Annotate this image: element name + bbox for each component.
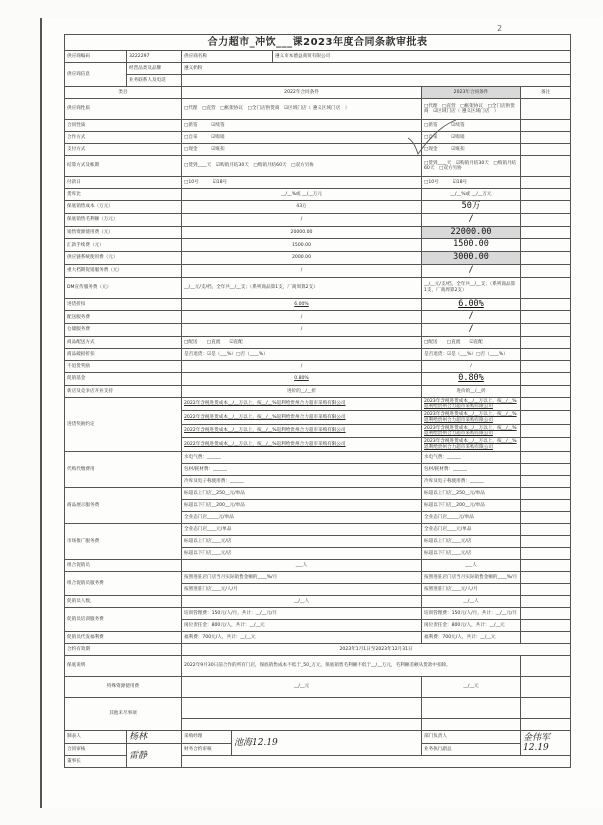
form-row: 汇款手续费（元）1500.001500.00	[65, 239, 571, 252]
welfare-2022: 福利费：700元/人，共计：__/__元	[182, 631, 422, 643]
value-2022: /	[182, 213, 422, 226]
value-2022: 是否退货：☑是（___%）□否（____%）	[182, 348, 422, 360]
form-row: 重大档期促销服务费（元）//	[65, 264, 571, 277]
remark-cell	[521, 595, 571, 607]
remark-cell	[521, 697, 571, 718]
dept-head-label: 部门负责人	[422, 730, 521, 743]
remark-cell	[521, 655, 571, 676]
remark-cell	[521, 120, 571, 132]
remark-cell	[521, 201, 571, 214]
form-row: 促销员人数，__/__人__/__人	[65, 595, 571, 607]
other-2023	[422, 697, 521, 718]
supplier-name-label: 供应商名称	[182, 51, 273, 63]
form-row: 其他未尽事项	[65, 697, 571, 718]
contract-approval-form: 合力超市_冲饮___课2023年度合同条款审批表 供应商编码 3222297 供…	[64, 34, 571, 768]
form-row: 付款日□10号 ☑18号□10号 ☑18号	[65, 177, 571, 189]
supplier-name: 遵义市本德益商贸有限公司	[273, 51, 571, 63]
value-2022: 20000.00	[182, 226, 422, 239]
rebate-2023: 2023年含税进货成本__/__万以上，按__/__%返利给贵州合力超市采购有限…	[422, 424, 521, 438]
remark-cell	[521, 226, 571, 239]
promotion-fee-2022: 全业态门店____元/单品	[182, 523, 422, 535]
remark-cell	[521, 348, 571, 360]
value-2023: /	[422, 324, 521, 337]
form-row: 商品破损折扣是否退货：☑是（___%）□否（____%）是否退货：☑是（___%…	[65, 348, 571, 360]
combo-fee-2023: 按照进驻店门店当月实际销售金额的____%/月	[422, 571, 521, 583]
value-2023: 进价的__/__折	[422, 385, 521, 397]
row-label: 付款日	[65, 177, 182, 189]
remark-cell	[521, 607, 571, 619]
row-label: 保底销售毛利额（万元）	[65, 213, 182, 226]
remark-cell	[521, 372, 571, 385]
rebate-label: 进货奖励约定	[65, 397, 182, 451]
rebate-2022: 2022年含税进货成本__/__万以上，按__/__%返利给贵州合力超市采购有限…	[182, 397, 422, 411]
form-row: 不退货奖励//	[65, 360, 571, 372]
combo-staff-2023: ___人	[422, 559, 521, 571]
row-label: 合作方式	[65, 132, 182, 144]
page-mark: 2	[497, 24, 502, 33]
form-row: DM宣传服务费（元）__/__元/支/档，全年共__/__支；（系列商品算1支，…	[65, 277, 571, 298]
value-2022: □自采 ☑购销	[182, 132, 422, 144]
form-row: 供应链系统使用费（元）2000.003000.00	[65, 252, 571, 265]
proxy-fee-2023: 包材/耗材费：______	[422, 463, 521, 475]
remark-cell	[521, 676, 571, 697]
row-label: 配送服务费	[65, 311, 182, 324]
purchase-mgr-signature: 池海12.19	[232, 730, 422, 755]
row-label: 重大档期促销服务费（元）	[65, 264, 182, 277]
remark-cell	[521, 631, 571, 643]
proxy-fee-2023: 冷库及电子称使用费：______	[422, 475, 521, 487]
row-label: 新店及竞争店开业支持	[65, 385, 182, 397]
supplier-code: 3222297	[127, 51, 182, 63]
combo-staff-2022: ___人	[182, 559, 422, 571]
value-2023: /	[422, 264, 521, 277]
value-2022: __/__元/支/档，全年共__/__支；（系列商品算1支，厂商周算2支）	[182, 277, 422, 298]
form-row: 保底销售成本（万元）43万50万	[65, 201, 571, 214]
combo-fee-2022: 按照进驻门店____元/人/月	[182, 583, 422, 595]
combo-fee-2023: 按照进驻门店____元/人/月	[422, 583, 521, 595]
remark-cell	[521, 511, 571, 523]
value-2022: __/__%或 __/__万元	[182, 189, 422, 201]
proxy-fee-2022: 包材/耗材费：______	[182, 463, 422, 475]
value-2022: □新签 ☑续签	[182, 120, 422, 132]
staff-count-2022: __/__人	[182, 595, 422, 607]
form-row: 商品展示服务费标超以上门店__250__元/单品标超以上门店__250__元/单…	[65, 487, 571, 499]
row-label: 汇款手续费（元）	[65, 239, 182, 252]
row-label: 仓储服务费	[65, 324, 182, 337]
display-fee-2023: 全业态门店_____元/单品	[422, 511, 521, 523]
form-title: 合力超市_冲饮___课2023年度合同条款审批表	[65, 35, 571, 51]
value-2022: □货到____天 ☑购销月结30天 □购销月结60天 □双方另协	[182, 156, 422, 177]
display-fee-2022: 全业态门店_____元/单品	[182, 511, 422, 523]
proxy-fee-label: 代购代缴费用	[65, 451, 182, 487]
form-row: 保底销售毛利额（万元）//	[65, 213, 571, 226]
value-2023: /	[422, 213, 521, 226]
remark-cell	[521, 583, 571, 595]
form-row: 代购代缴费用水电气费：______水电气费：______	[65, 451, 571, 463]
form-row: 合约有效期2023年1月1日至2023年12月31日	[65, 643, 571, 655]
row-label: 商品破损折扣	[65, 348, 182, 360]
remark-cell	[521, 360, 571, 372]
promotion-fee-2022: 标超以下门店____元/店	[182, 547, 422, 559]
value-2022: 1500.00	[182, 239, 422, 252]
display-fee-2023: 标超以下门店__200__元/单品	[422, 499, 521, 511]
value-2022: □配送 □直流 ☑直配	[182, 336, 422, 348]
remark-cell	[521, 336, 571, 348]
row-label: 商品配送方式	[65, 336, 182, 348]
header-remark: 备注	[521, 87, 571, 99]
display-fee-label: 商品展示服务费	[65, 487, 182, 523]
form-row: 组合促销员服务费按照进驻店门店当月实际销售金额的____%/月按照进驻店门店当月…	[65, 571, 571, 583]
remark-cell	[521, 298, 571, 311]
special-fee-label: 特殊资源使用费	[65, 676, 182, 697]
value-2022: □代理 □直营 □框架协议 □全门店供货商 ☑区域门店（ 遵义区域门店 ）	[182, 99, 422, 120]
value-2023: □代理 □直营 □框架协议 □全门店供货商 ☑区域门店（ 遵义区域门店 ）	[422, 99, 521, 120]
promotion-fee-2023: 全业态门店____元/单品	[422, 523, 521, 535]
value-2023: 22000.00	[422, 226, 521, 239]
form-row: 商品配送方式□配送 □直流 ☑直配□配送 □直流 ☑直配	[65, 336, 571, 348]
value-2023: /	[422, 360, 521, 372]
supplier-code-label: 供应商编码	[65, 51, 127, 63]
remark-cell	[521, 499, 571, 511]
proxy-fee-2022: 冷库及电子称使用费：______	[182, 475, 422, 487]
form-row: 保底说明2022年9月30日前合作的所有门店，保底销售成本不低于_50_万元，保…	[65, 655, 571, 676]
remark-cell	[521, 132, 571, 144]
header-item: 类目	[65, 87, 182, 99]
value-2023: 0.80%	[422, 372, 521, 385]
maker-label: 制表人	[65, 730, 127, 743]
value-2023: 1500.00	[422, 239, 521, 252]
row-label: 支付方式	[65, 144, 182, 156]
value-2023: 6.00%	[422, 298, 521, 311]
staff-count-label: 促销员人数，	[65, 595, 182, 607]
value-2022: /	[182, 360, 422, 372]
row-label: 结算方式及帐期	[65, 156, 182, 177]
row-label: 进货折扣	[65, 298, 182, 311]
row-label: 保底销售成本（万元）	[65, 201, 182, 214]
remark-cell	[521, 252, 571, 265]
contract-review-signature: 雷静	[127, 744, 182, 768]
form-row: 仓储服务费//	[65, 324, 571, 337]
welfare-2023: 福利费：700元/人，共计：__/__元	[422, 631, 521, 643]
form-row: 支付方式□现金 ☑账扣□现金 ☑账扣	[65, 144, 571, 156]
value-2023: /	[422, 311, 521, 324]
form-row: 促销员代发福利费福利费：700元/人，共计：__/__元福利费：700元/人，共…	[65, 631, 571, 643]
form-row: 配送服务费//	[65, 311, 571, 324]
value-2022: □10号 ☑18号	[182, 177, 422, 189]
value-2023: 3000.00	[422, 252, 521, 265]
remark-cell	[521, 324, 571, 337]
other-2022	[182, 697, 422, 718]
remark-cell	[521, 523, 571, 535]
welfare-label: 促销员代发福利费	[65, 631, 182, 643]
maker-signature: 杨林	[127, 730, 182, 743]
remark-cell	[521, 535, 571, 547]
promotion-fee-2023: 标超以上门店____元/店	[422, 535, 521, 547]
contract-review-label: 合同审核	[65, 744, 127, 756]
remark-cell	[521, 438, 571, 452]
training-fee-2023: 岗位责任金：800元/人，共计：__/__元	[422, 619, 521, 631]
guarantee-label: 保底说明	[65, 655, 182, 676]
combo-fee-label: 组合促销员服务费	[65, 571, 182, 595]
value-2022: /	[182, 264, 422, 277]
form-row: 进货奖励约定2022年含税进货成本__/__万以上，按__/__%返利给贵州合力…	[65, 397, 571, 411]
brand-label: 经营品类及品牌	[127, 63, 182, 75]
value-2022: 进价的__/__折	[182, 385, 422, 397]
remark-cell	[521, 277, 571, 298]
remark-cell	[521, 571, 571, 583]
row-label: DM宣传服务费（元）	[65, 277, 182, 298]
other-2022-b	[182, 718, 422, 730]
display-fee-2022: 标超以下门店__200__元/单品	[182, 499, 422, 511]
value-2022: 0.80%	[182, 372, 422, 385]
dept-head-signature: 金伟军 12.19	[521, 730, 571, 755]
brand-value: 遵义奶粉	[182, 63, 571, 75]
form-row: 市场推广服务费全业态门店____元/单品全业态门店____元/单品	[65, 523, 571, 535]
special-fee-2022: __/__元	[182, 676, 422, 697]
row-label: 促销基金	[65, 372, 182, 385]
rebate-2023: 2023年含税进货成本__/__万以上，按__/__%返利给贵州合力超市采购有限…	[422, 411, 521, 425]
form-row: 进货折扣6.00%6.00%	[65, 298, 571, 311]
contact-value	[182, 75, 571, 87]
remark-cell	[521, 397, 571, 411]
exec-vp-label: 业务执行副总	[422, 744, 521, 756]
remark-cell	[521, 264, 571, 277]
other-matters-label: 其他未尽事项	[65, 697, 182, 730]
proxy-fee-2023: 水电气费：______	[422, 451, 521, 463]
remark-cell	[521, 189, 571, 201]
row-label: 货库比	[65, 189, 182, 201]
value-2022: 2000.00	[182, 252, 422, 265]
remark-cell	[521, 463, 571, 475]
form-row: 促销基金0.80%0.80%	[65, 372, 571, 385]
remark-cell	[521, 451, 571, 463]
value-2022: 6.00%	[182, 298, 422, 311]
combo-staff-label: 组合促销员	[65, 559, 182, 571]
rebate-2023: 2023年含税进货成本__/__万以上，按__/__%返利给贵州合力超市采购有限…	[422, 438, 521, 452]
form-row: 结算方式及帐期□货到____天 ☑购销月结30天 □购销月结60天 □双方另协□…	[65, 156, 571, 177]
value-2023: __/__元/支/档，全年共__/__支；（系列商品算1支，厂商周算2支）	[422, 277, 521, 298]
header-2023: 2023年合同条件	[422, 87, 521, 99]
supplier-info-label: 供应商信息	[65, 63, 127, 87]
value-2023: □10号 ☑18号	[422, 177, 521, 189]
chairman-signature	[182, 756, 571, 768]
row-label: 供应链系统使用费（元）	[65, 252, 182, 265]
form-row: 组合促销员___人___人	[65, 559, 571, 571]
value-2023: □配送 □直流 ☑直配	[422, 336, 521, 348]
value-2023: □自采 ☑购销	[422, 132, 521, 144]
remark-cell	[521, 487, 571, 499]
form-row: 制表人杨林采购经理池海12.19部门负责人金伟军 12.19	[65, 730, 571, 743]
form-row: 销售资源使用费（元）20000.0022000.00	[65, 226, 571, 239]
remark-cell	[521, 213, 571, 226]
remark-cell	[521, 475, 571, 487]
value-2023: □现金 ☑账扣	[422, 144, 521, 156]
form-row: 合作方式□自采 ☑购销□自采 ☑购销	[65, 132, 571, 144]
form-row: 新店及竞争店开业支持进价的__/__折进价的__/__折	[65, 385, 571, 397]
rebate-2022: 2022年含税进货成本__/__万以上，按__/__%返利给贵州合力超市采购有限…	[182, 438, 422, 452]
remark-cell	[521, 385, 571, 397]
remark-cell	[521, 547, 571, 559]
remark-cell	[521, 239, 571, 252]
value-2023: □新签 ☑续签	[422, 120, 521, 132]
training-fee-2022: 培训管理费：150元/人/月，共计：__/__元/月	[182, 607, 422, 619]
finance-review-label: 财务合约审核	[182, 744, 232, 756]
special-fee-2023: __/__元	[422, 676, 521, 697]
purchase-mgr-label: 采购经理	[182, 730, 232, 743]
remark-cell	[521, 718, 571, 730]
combo-fee-2022: 按照进驻店门店当月实际销售金额的____%/月	[182, 571, 422, 583]
training-fee-label: 促销员培训服务费	[65, 607, 182, 631]
value-2022: /	[182, 311, 422, 324]
proxy-fee-2022: 水电气费：______	[182, 451, 422, 463]
training-fee-2022: 岗位责任金：800元/人，共计：__/__元	[182, 619, 422, 631]
row-label: 合同性质	[65, 120, 182, 132]
row-label: 供应商性质	[65, 99, 182, 120]
value-2022: 43万	[182, 201, 422, 214]
value-2023: __/__%或 __/__万元	[422, 189, 521, 201]
training-fee-2023: 培训管理费：150元/人/月，共计：__/__元/月	[422, 607, 521, 619]
promotion-fee-label: 市场推广服务费	[65, 523, 182, 559]
remark-cell	[521, 144, 571, 156]
value-2022: □现金 ☑账扣	[182, 144, 422, 156]
row-label: 不退货奖励	[65, 360, 182, 372]
rebate-2022: 2022年含税进货成本__/__万以上，按__/__%返利给贵州合力超市采购有限…	[182, 424, 422, 438]
display-fee-2022: 标超以上门店__250__元/单品	[182, 487, 422, 499]
promotion-fee-2022: 标超以上门店____元/店	[182, 535, 422, 547]
staff-count-2023: __/__人	[422, 595, 521, 607]
remark-cell	[521, 177, 571, 189]
form-row: 合同性质□新签 ☑续签□新签 ☑续签	[65, 120, 571, 132]
guarantee-value: 2022年9月30日前合作的所有门店，保底销售成本不低于_50_万元，保底销售毛…	[182, 655, 521, 676]
contact-label: 业务联系人及电话	[127, 75, 182, 87]
display-fee-2023: 标超以上门店__250__元/单品	[422, 487, 521, 499]
form-row: 供应商性质□代理 □直营 □框架协议 □全门店供货商 ☑区域门店（ 遵义区域门店…	[65, 99, 571, 120]
form-row: 促销员培训服务费培训管理费：150元/人/月，共计：__/__元/月培训管理费：…	[65, 607, 571, 619]
form-row: 特殊资源使用费__/__元__/__元	[65, 676, 571, 697]
remark-cell	[521, 99, 571, 120]
remark-cell	[521, 559, 571, 571]
remark-cell	[521, 311, 571, 324]
value-2023: □货到____天 ☑购销月结30天 □购销月结60天 □双方另协	[422, 156, 521, 177]
other-2023-b	[422, 718, 521, 730]
value-2023: 是否退货：☑是（___%）□否（____%）	[422, 348, 521, 360]
rebate-2022: 2022年含税进货成本__/__万以上，按__/__%返利给贵州合力超市采购有限…	[182, 411, 422, 425]
validity-value: 2023年1月1日至2023年12月31日	[182, 643, 571, 655]
value-2022: /	[182, 324, 422, 337]
remark-cell	[521, 424, 571, 438]
chairman-label: 董事长	[65, 756, 127, 768]
remark-cell	[521, 411, 571, 425]
remark-cell	[521, 619, 571, 631]
rebate-2023: 2023年含税进货成本__/__万以上，按__/__%返利给贵州合力超市采购有限…	[422, 397, 521, 411]
row-label: 销售资源使用费（元）	[65, 226, 182, 239]
remark-cell	[521, 156, 571, 177]
form-row: 货库比__/__%或 __/__万元__/__%或 __/__万元	[65, 189, 571, 201]
value-2023: 50万	[422, 201, 521, 214]
validity-label: 合约有效期	[65, 643, 182, 655]
promotion-fee-2023: 标超以下门店____元/店	[422, 547, 521, 559]
header-2022: 2022年合同条件	[182, 87, 422, 99]
